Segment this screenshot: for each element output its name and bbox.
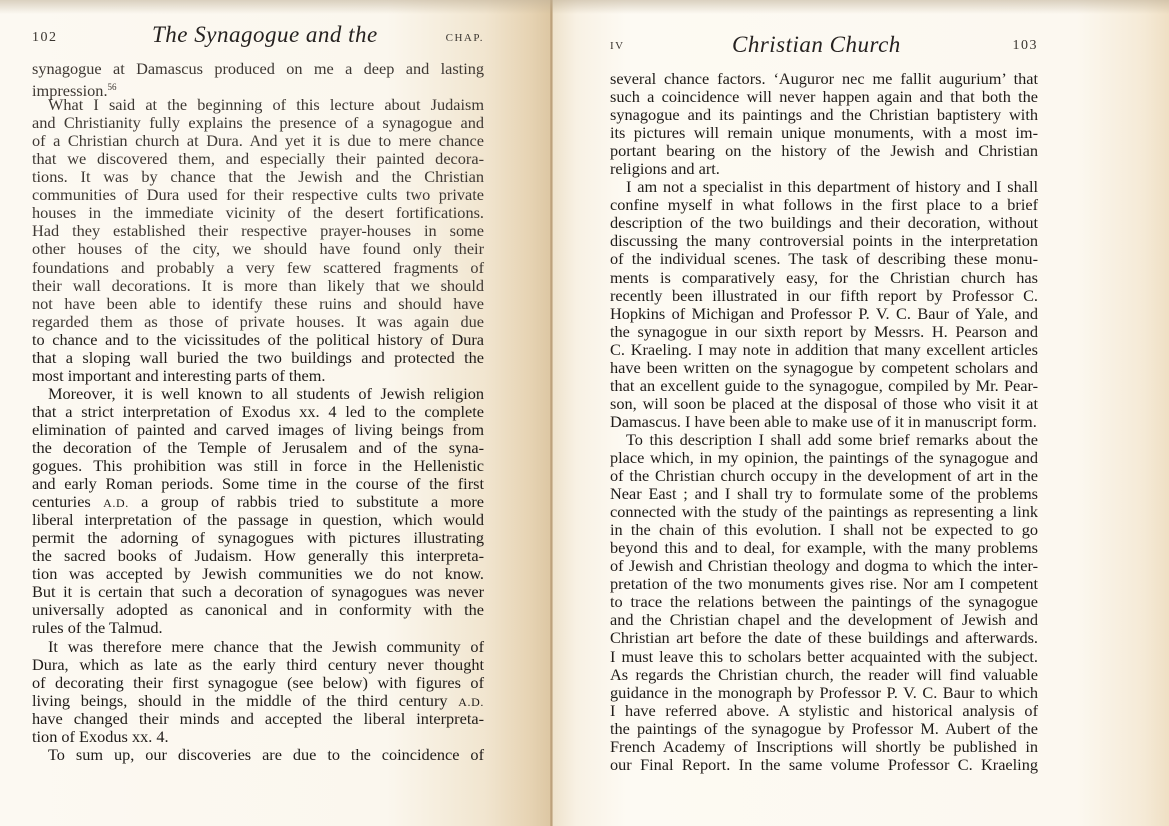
text-line: pretation of the two monuments gives ris… (610, 575, 1038, 593)
text-line-content: Near East ; and I shall try to formulate… (610, 484, 1038, 503)
book-spread: 102 The Synagogue and the CHAP. synagogu… (0, 0, 1169, 826)
text-line-content: elimination of painted and carved images… (32, 420, 484, 439)
text-line-content: portant bearing on the history of the Je… (610, 141, 1038, 160)
right-page-number: 103 (1013, 38, 1039, 54)
text-line-content: What I said at the beginning of this lec… (48, 95, 484, 114)
text-line: of the individual scenes. The task of de… (610, 250, 1038, 268)
text-line: description of the two buildings and the… (610, 214, 1038, 232)
text-line-content: the decoration of the Temple of Jerusale… (32, 438, 484, 457)
text-line: in the chain of this evolution. I shall … (610, 521, 1038, 539)
text-line-content: to trace the relations between the paint… (610, 592, 1038, 611)
text-line-content: several chance factors. ‘Auguror nec me … (610, 69, 1038, 88)
text-line: that a sloping wall buried the two build… (32, 349, 484, 367)
text-line-content: permit the adorning of synagogues with p… (32, 528, 484, 547)
text-line: liberal interpretation of the passage in… (32, 511, 484, 529)
text-line-content: To sum up, our discoveries are due to th… (48, 745, 484, 764)
text-line: our Final Report. In the same volume Pro… (610, 756, 1038, 774)
text-line: have been written on the synagogue by co… (610, 359, 1038, 377)
text-line-content: to chance and to the vicissitudes of the… (32, 330, 484, 349)
text-line: synagogue and its paintings and the Chri… (610, 106, 1038, 124)
text-line: guidance in the monograph by Professor P… (610, 684, 1038, 702)
text-line-content: son, will soon be placed at the disposal… (610, 394, 1038, 413)
text-line-content: and the Christian chapel and the develop… (610, 610, 1038, 629)
text-line-content: regarded them as those of private houses… (32, 312, 484, 331)
text-line: and Christianity fully explains the pres… (32, 114, 484, 132)
text-line-content: not have been able to identify these rui… (32, 294, 484, 313)
text-line-content: rules of the Talmud. (32, 618, 163, 637)
text-line: But it is certain that such a decoration… (32, 583, 484, 601)
text-line: permit the adorning of synagogues with p… (32, 529, 484, 547)
text-line: confine myself in what follows in the fi… (610, 196, 1038, 214)
text-line-content: synagogue at Damascus produced on me a d… (32, 59, 484, 78)
left-page: 102 The Synagogue and the CHAP. synagogu… (0, 0, 552, 826)
text-line: that we discovered them, and especially … (32, 150, 484, 168)
text-line: of decorating their first synagogue (see… (32, 674, 484, 692)
text-line-content: centuries (32, 492, 91, 511)
text-line: tions. It was by chance that the Jewish … (32, 168, 484, 186)
text-line: several chance factors. ‘Auguror nec me … (610, 70, 1038, 88)
text-line: and the Christian chapel and the develop… (610, 611, 1038, 629)
text-line: son, will soon be placed at the disposal… (610, 395, 1038, 413)
text-line: To this description I shall add some bri… (610, 431, 1038, 449)
text-line: tion was accepted by Jewish communities … (32, 565, 484, 583)
text-line: not have been able to identify these rui… (32, 295, 484, 313)
text-line: houses in the immediate vicinity of the … (32, 204, 484, 222)
text-line: Had they established their respective pr… (32, 222, 484, 240)
text-line-content: religions and art. (610, 159, 720, 178)
text-line-content: It was therefore mere chance that the Je… (48, 637, 484, 656)
text-line-content: the synagogue in our sixth report by Mes… (610, 322, 1038, 341)
text-line: of a Christian church at Dura. And yet i… (32, 132, 484, 150)
text-line-content: of the individual scenes. The task of de… (610, 249, 1038, 268)
text-line-content: and early Roman periods. Some time in th… (32, 474, 484, 493)
text-line-continuation: a group of rabbis tried to substitute a … (129, 492, 484, 511)
text-line-content: its pictures will remain unique monument… (610, 123, 1038, 142)
text-line: Near East ; and I shall try to formulate… (610, 485, 1038, 503)
text-line: centuries A.D. a group of rabbis tried t… (32, 493, 484, 511)
text-line-content: gogues. This prohibition was still in fo… (32, 456, 484, 475)
text-line: gogues. This prohibition was still in fo… (32, 457, 484, 475)
text-line-content: I have referred above. A stylistic and h… (610, 701, 1038, 720)
text-line-content: I must leave this to scholars better acq… (610, 647, 1038, 666)
text-line: French Academy of Inscriptions will shor… (610, 738, 1038, 756)
text-line: recently been illustrated in our fifth r… (610, 287, 1038, 305)
text-line-content: and Christianity fully explains the pres… (32, 113, 484, 132)
text-line-content: universally adopted as canonical and in … (32, 600, 484, 619)
text-line-content: communities of Dura used for their respe… (32, 185, 484, 204)
text-line-content: have changed their minds and accepted th… (32, 709, 484, 728)
text-line: other houses of the city, we should have… (32, 240, 484, 258)
text-line-content: foundations and probably a very few scat… (32, 258, 484, 277)
right-running-title: Christian Church (732, 32, 901, 58)
text-line-content: that a sloping wall buried the two build… (32, 348, 484, 367)
text-line-content: other houses of the city, we should have… (32, 239, 484, 258)
text-line-content: discussing the many controversial points… (610, 231, 1038, 250)
text-line-content: Dura, which as late as the early third c… (32, 655, 484, 674)
small-caps-abbreviation: A.D. (458, 695, 484, 709)
text-line-content: our Final Report. In the same volume Pro… (610, 755, 1038, 774)
text-line: impression.56 (32, 78, 484, 96)
text-line-content: such a coincidence will never happen aga… (610, 87, 1038, 106)
text-line-content: Hopkins of Michigan and Professor P. V. … (610, 304, 1038, 323)
right-body-text: several chance factors. ‘Auguror nec me … (610, 70, 1038, 774)
text-line: Moreover, it is well known to all studen… (32, 385, 484, 403)
text-line: portant bearing on the history of the Je… (610, 142, 1038, 160)
text-line: most important and interesting parts of … (32, 367, 484, 385)
text-line-content: tion of Exodus xx. 4. (32, 727, 169, 746)
text-line-content: place which, in my opinion, the painting… (610, 448, 1038, 467)
right-page: IV Christian Church 103 several chance f… (552, 0, 1169, 826)
text-line: living beings, should in the middle of t… (32, 692, 484, 710)
text-line: of Jewish and Christian theology and dog… (610, 557, 1038, 575)
text-line-content: living beings, should in the middle of t… (32, 691, 448, 710)
text-line: I must leave this to scholars better acq… (610, 648, 1038, 666)
text-line: ments is comparatively easy, for the Chr… (610, 269, 1038, 287)
text-line: the sacred books of Judaism. How general… (32, 547, 484, 565)
text-line: foundations and probably a very few scat… (32, 259, 484, 277)
text-line: such a coincidence will never happen aga… (610, 88, 1038, 106)
text-line-content: confine myself in what follows in the fi… (610, 195, 1038, 214)
text-line: tion of Exodus xx. 4. (32, 728, 484, 746)
text-line-content: their wall decorations. It is more than … (32, 276, 484, 295)
text-line: have changed their minds and accepted th… (32, 710, 484, 728)
text-line: the synagogue in our sixth report by Mes… (610, 323, 1038, 341)
book-spine (550, 0, 553, 826)
text-line-content: As regards the Christian church, the rea… (610, 665, 1038, 684)
small-caps-abbreviation: A.D. (103, 496, 129, 510)
text-line: It was therefore mere chance that the Je… (32, 638, 484, 656)
text-line: Christian art before the date of these b… (610, 629, 1038, 647)
text-line: place which, in my opinion, the painting… (610, 449, 1038, 467)
text-line: I am not a specialist in this department… (610, 178, 1038, 196)
text-line-content: beyond this and to deal, for example, wi… (610, 538, 1038, 557)
text-line: discussing the many controversial points… (610, 232, 1038, 250)
text-line-content: I am not a specialist in this department… (626, 177, 1038, 196)
text-line: communities of Dura used for their respe… (32, 186, 484, 204)
text-line-content: houses in the immediate vicinity of the … (32, 203, 484, 222)
text-line-content: tion was accepted by Jewish communities … (32, 564, 484, 583)
text-line: its pictures will remain unique monument… (610, 124, 1038, 142)
text-line: I have referred above. A stylistic and h… (610, 702, 1038, 720)
left-chapter-label: CHAP. (446, 32, 484, 44)
text-line-content: ments is comparatively easy, for the Chr… (610, 268, 1038, 287)
text-line: their wall decorations. It is more than … (32, 277, 484, 295)
text-line: regarded them as those of private houses… (32, 313, 484, 331)
text-line-content: Christian art before the date of these b… (610, 628, 1038, 647)
text-line: beyond this and to deal, for example, wi… (610, 539, 1038, 557)
text-line: that an excellent guide to the synagogue… (610, 377, 1038, 395)
text-line-content: in the chain of this evolution. I shall … (610, 520, 1038, 539)
text-line: that a strict interpretation of Exodus x… (32, 403, 484, 421)
text-line: connected with the study of the painting… (610, 503, 1038, 521)
text-line-content: that an excellent guide to the synagogue… (610, 376, 1038, 395)
text-line: the decoration of the Temple of Jerusale… (32, 439, 484, 457)
text-line-content: of a Christian church at Dura. And yet i… (32, 131, 484, 150)
text-line: What I said at the beginning of this lec… (32, 96, 484, 114)
right-chapter-label: IV (610, 40, 625, 52)
text-line-content: of decorating their first synagogue (see… (32, 673, 484, 692)
text-line-content: that we discovered them, and especially … (32, 149, 484, 168)
left-body-text: synagogue at Damascus produced on me a d… (32, 60, 484, 764)
text-line: to chance and to the vicissitudes of the… (32, 331, 484, 349)
text-line-content: Moreover, it is well known to all studen… (48, 384, 484, 403)
text-line-content: To this description I shall add some bri… (626, 430, 1038, 449)
text-line-content: pretation of the two monuments gives ris… (610, 574, 1038, 593)
text-line-content: connected with the study of the painting… (610, 502, 1038, 521)
text-line: to trace the relations between the paint… (610, 593, 1038, 611)
text-line-content: But it is certain that such a decoration… (32, 582, 484, 601)
text-line: rules of the Talmud. (32, 619, 484, 637)
text-line-content: Had they established their respective pr… (32, 221, 484, 240)
text-line: and early Roman periods. Some time in th… (32, 475, 484, 493)
text-line-content: guidance in the monograph by Professor P… (610, 683, 1038, 702)
text-line-content: C. Kraeling. I may note in addition that… (610, 340, 1038, 359)
text-line: elimination of painted and carved images… (32, 421, 484, 439)
text-line: universally adopted as canonical and in … (32, 601, 484, 619)
text-line: religions and art. (610, 160, 1038, 178)
text-line-content: Damascus. I have been able to make use o… (610, 412, 1037, 431)
text-line-content: recently been illustrated in our fifth r… (610, 286, 1038, 305)
text-line: Damascus. I have been able to make use o… (610, 413, 1038, 431)
footnote-marker: 56 (108, 82, 117, 92)
text-line-content: French Academy of Inscriptions will shor… (610, 737, 1038, 756)
text-line: of the Christian church occupy in the de… (610, 467, 1038, 485)
text-line: synagogue at Damascus produced on me a d… (32, 60, 484, 78)
text-line-content: the paintings of the synagogue by Profes… (610, 719, 1038, 738)
text-line-content: that a strict interpretation of Exodus x… (32, 402, 484, 421)
text-line: Dura, which as late as the early third c… (32, 656, 484, 674)
text-line-content: liberal interpretation of the passage in… (32, 510, 484, 529)
text-line-content: synagogue and its paintings and the Chri… (610, 105, 1038, 124)
text-line-content: of the Christian church occupy in the de… (610, 466, 1038, 485)
text-line-content: of Jewish and Christian theology and dog… (610, 556, 1038, 575)
text-line: To sum up, our discoveries are due to th… (32, 746, 484, 764)
text-line-content: most important and interesting parts of … (32, 366, 325, 385)
text-line-content: the sacred books of Judaism. How general… (32, 546, 484, 565)
text-line-content: description of the two buildings and the… (610, 213, 1038, 232)
text-line: C. Kraeling. I may note in addition that… (610, 341, 1038, 359)
text-line: Hopkins of Michigan and Professor P. V. … (610, 305, 1038, 323)
text-line-content: have been written on the synagogue by co… (610, 358, 1038, 377)
text-line: the paintings of the synagogue by Profes… (610, 720, 1038, 738)
left-page-number: 102 (32, 30, 58, 46)
left-running-title: The Synagogue and the (152, 22, 378, 48)
text-line: As regards the Christian church, the rea… (610, 666, 1038, 684)
text-line-content: tions. It was by chance that the Jewish … (32, 167, 484, 186)
